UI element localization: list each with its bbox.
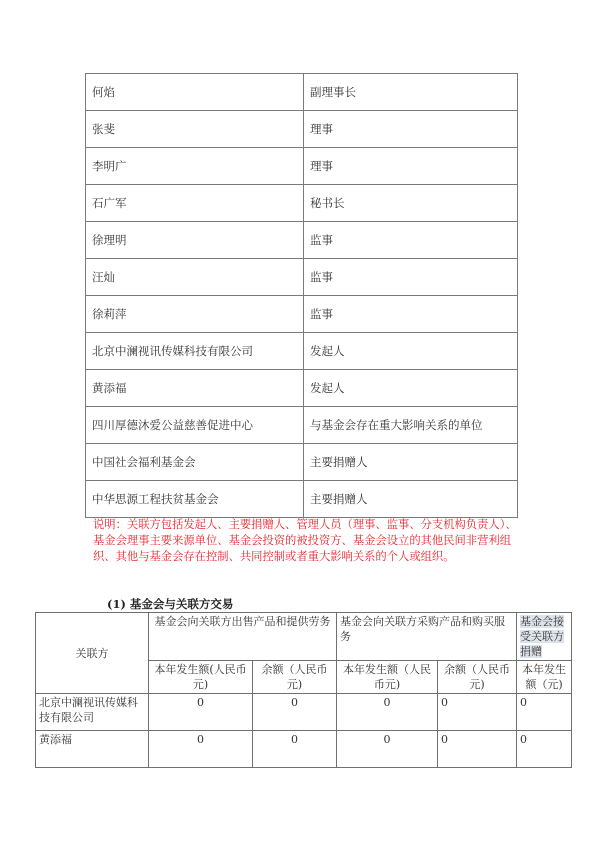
header-sales-current: 本年发生额(人民币元) (149, 661, 253, 694)
party-relation: 副理事长 (304, 74, 518, 111)
highlighted-text: 基金会接受关联方捐赠 (520, 615, 564, 658)
party-name: 汪灿 (86, 259, 304, 296)
header-donation-group: 基金会接受关联方捐赠 (517, 613, 572, 661)
party-relation: 监事 (304, 296, 518, 333)
party-name: 徐莉萍 (86, 296, 304, 333)
donation-current: 0 (517, 694, 572, 731)
party-name: 石广军 (86, 185, 304, 222)
sales-balance: 0 (253, 731, 337, 768)
table-row: 黄添福 0 0 0 0 0 (36, 731, 572, 768)
purchase-current: 0 (337, 694, 438, 731)
sales-current: 0 (149, 731, 253, 768)
table-row: 徐莉萍监事 (86, 296, 518, 333)
party-relation: 主要捐赠人 (304, 444, 518, 481)
party-relation: 监事 (304, 222, 518, 259)
related-parties-table: 何焰副理事长 张斐理事 李明广理事 石广军秘书长 徐理明监事 汪灿监事 徐莉萍监… (85, 73, 518, 518)
table-row: 北京中澜视讯传媒科技有限公司发起人 (86, 333, 518, 370)
explanatory-note: 说明：关联方包括发起人、主要捐赠人、管理人员（理事、监事、分支机构负责人）、基金… (93, 517, 523, 565)
party-name: 中华思源工程扶贫基金会 (86, 481, 304, 518)
header-row: 关联方 基金会向关联方出售产品和提供劳务 基金会向关联方采购产品和购买服务 基金… (36, 613, 572, 661)
table-row: 李明广理事 (86, 148, 518, 185)
party-name: 徐理明 (86, 222, 304, 259)
table-row: 中国社会福利基金会主要捐赠人 (86, 444, 518, 481)
party-relation: 理事 (304, 148, 518, 185)
party-name: 何焰 (86, 74, 304, 111)
purchase-current: 0 (337, 731, 438, 768)
party-relation: 理事 (304, 111, 518, 148)
sales-current: 0 (149, 694, 253, 731)
party-relation: 发起人 (304, 333, 518, 370)
party-name: 北京中澜视讯传媒科技有限公司 (86, 333, 304, 370)
party-relation: 监事 (304, 259, 518, 296)
table-row: 汪灿监事 (86, 259, 518, 296)
donation-current: 0 (517, 731, 572, 768)
table-row: 北京中澜视讯传媒科技有限公司 0 0 0 0 0 (36, 694, 572, 731)
party-name: 黄添福 (86, 370, 304, 407)
header-purchase-balance: 余额（人民币元) (438, 661, 517, 694)
sales-balance: 0 (253, 694, 337, 731)
party-relation: 发起人 (304, 370, 518, 407)
table-row: 石广军秘书长 (86, 185, 518, 222)
table-row: 中华思源工程扶贫基金会主要捐赠人 (86, 481, 518, 518)
party-name: 北京中澜视讯传媒科技有限公司 (36, 694, 149, 731)
party-name: 四川厚德沐爱公益慈善促进中心 (86, 407, 304, 444)
table-row: 四川厚德沐爱公益慈善促进中心与基金会存在重大影响关系的单位 (86, 407, 518, 444)
table-row: 徐理明监事 (86, 222, 518, 259)
header-donation-current: 本年发生额（元) (517, 661, 572, 694)
section-heading: (1) 基金会与关联方交易 (107, 596, 233, 612)
transactions-table: 关联方 基金会向关联方出售产品和提供劳务 基金会向关联方采购产品和购买服务 基金… (35, 612, 572, 768)
table-row: 何焰副理事长 (86, 74, 518, 111)
party-name: 张斐 (86, 111, 304, 148)
header-sales-balance: 余额（人民币元) (253, 661, 337, 694)
party-name: 黄添福 (36, 731, 149, 768)
purchase-balance: 0 (438, 694, 517, 731)
party-name: 中国社会福利基金会 (86, 444, 304, 481)
party-relation: 主要捐赠人 (304, 481, 518, 518)
table-row: 张斐理事 (86, 111, 518, 148)
party-name: 李明广 (86, 148, 304, 185)
purchase-balance: 0 (438, 731, 517, 768)
header-party: 关联方 (36, 613, 149, 694)
header-purchase-group: 基金会向关联方采购产品和购买服务 (337, 613, 517, 661)
header-sales-group: 基金会向关联方出售产品和提供劳务 (149, 613, 337, 661)
party-relation: 秘书长 (304, 185, 518, 222)
party-relation: 与基金会存在重大影响关系的单位 (304, 407, 518, 444)
table-row: 黄添福发起人 (86, 370, 518, 407)
header-purchase-current: 本年发生额（人民币元) (337, 661, 438, 694)
